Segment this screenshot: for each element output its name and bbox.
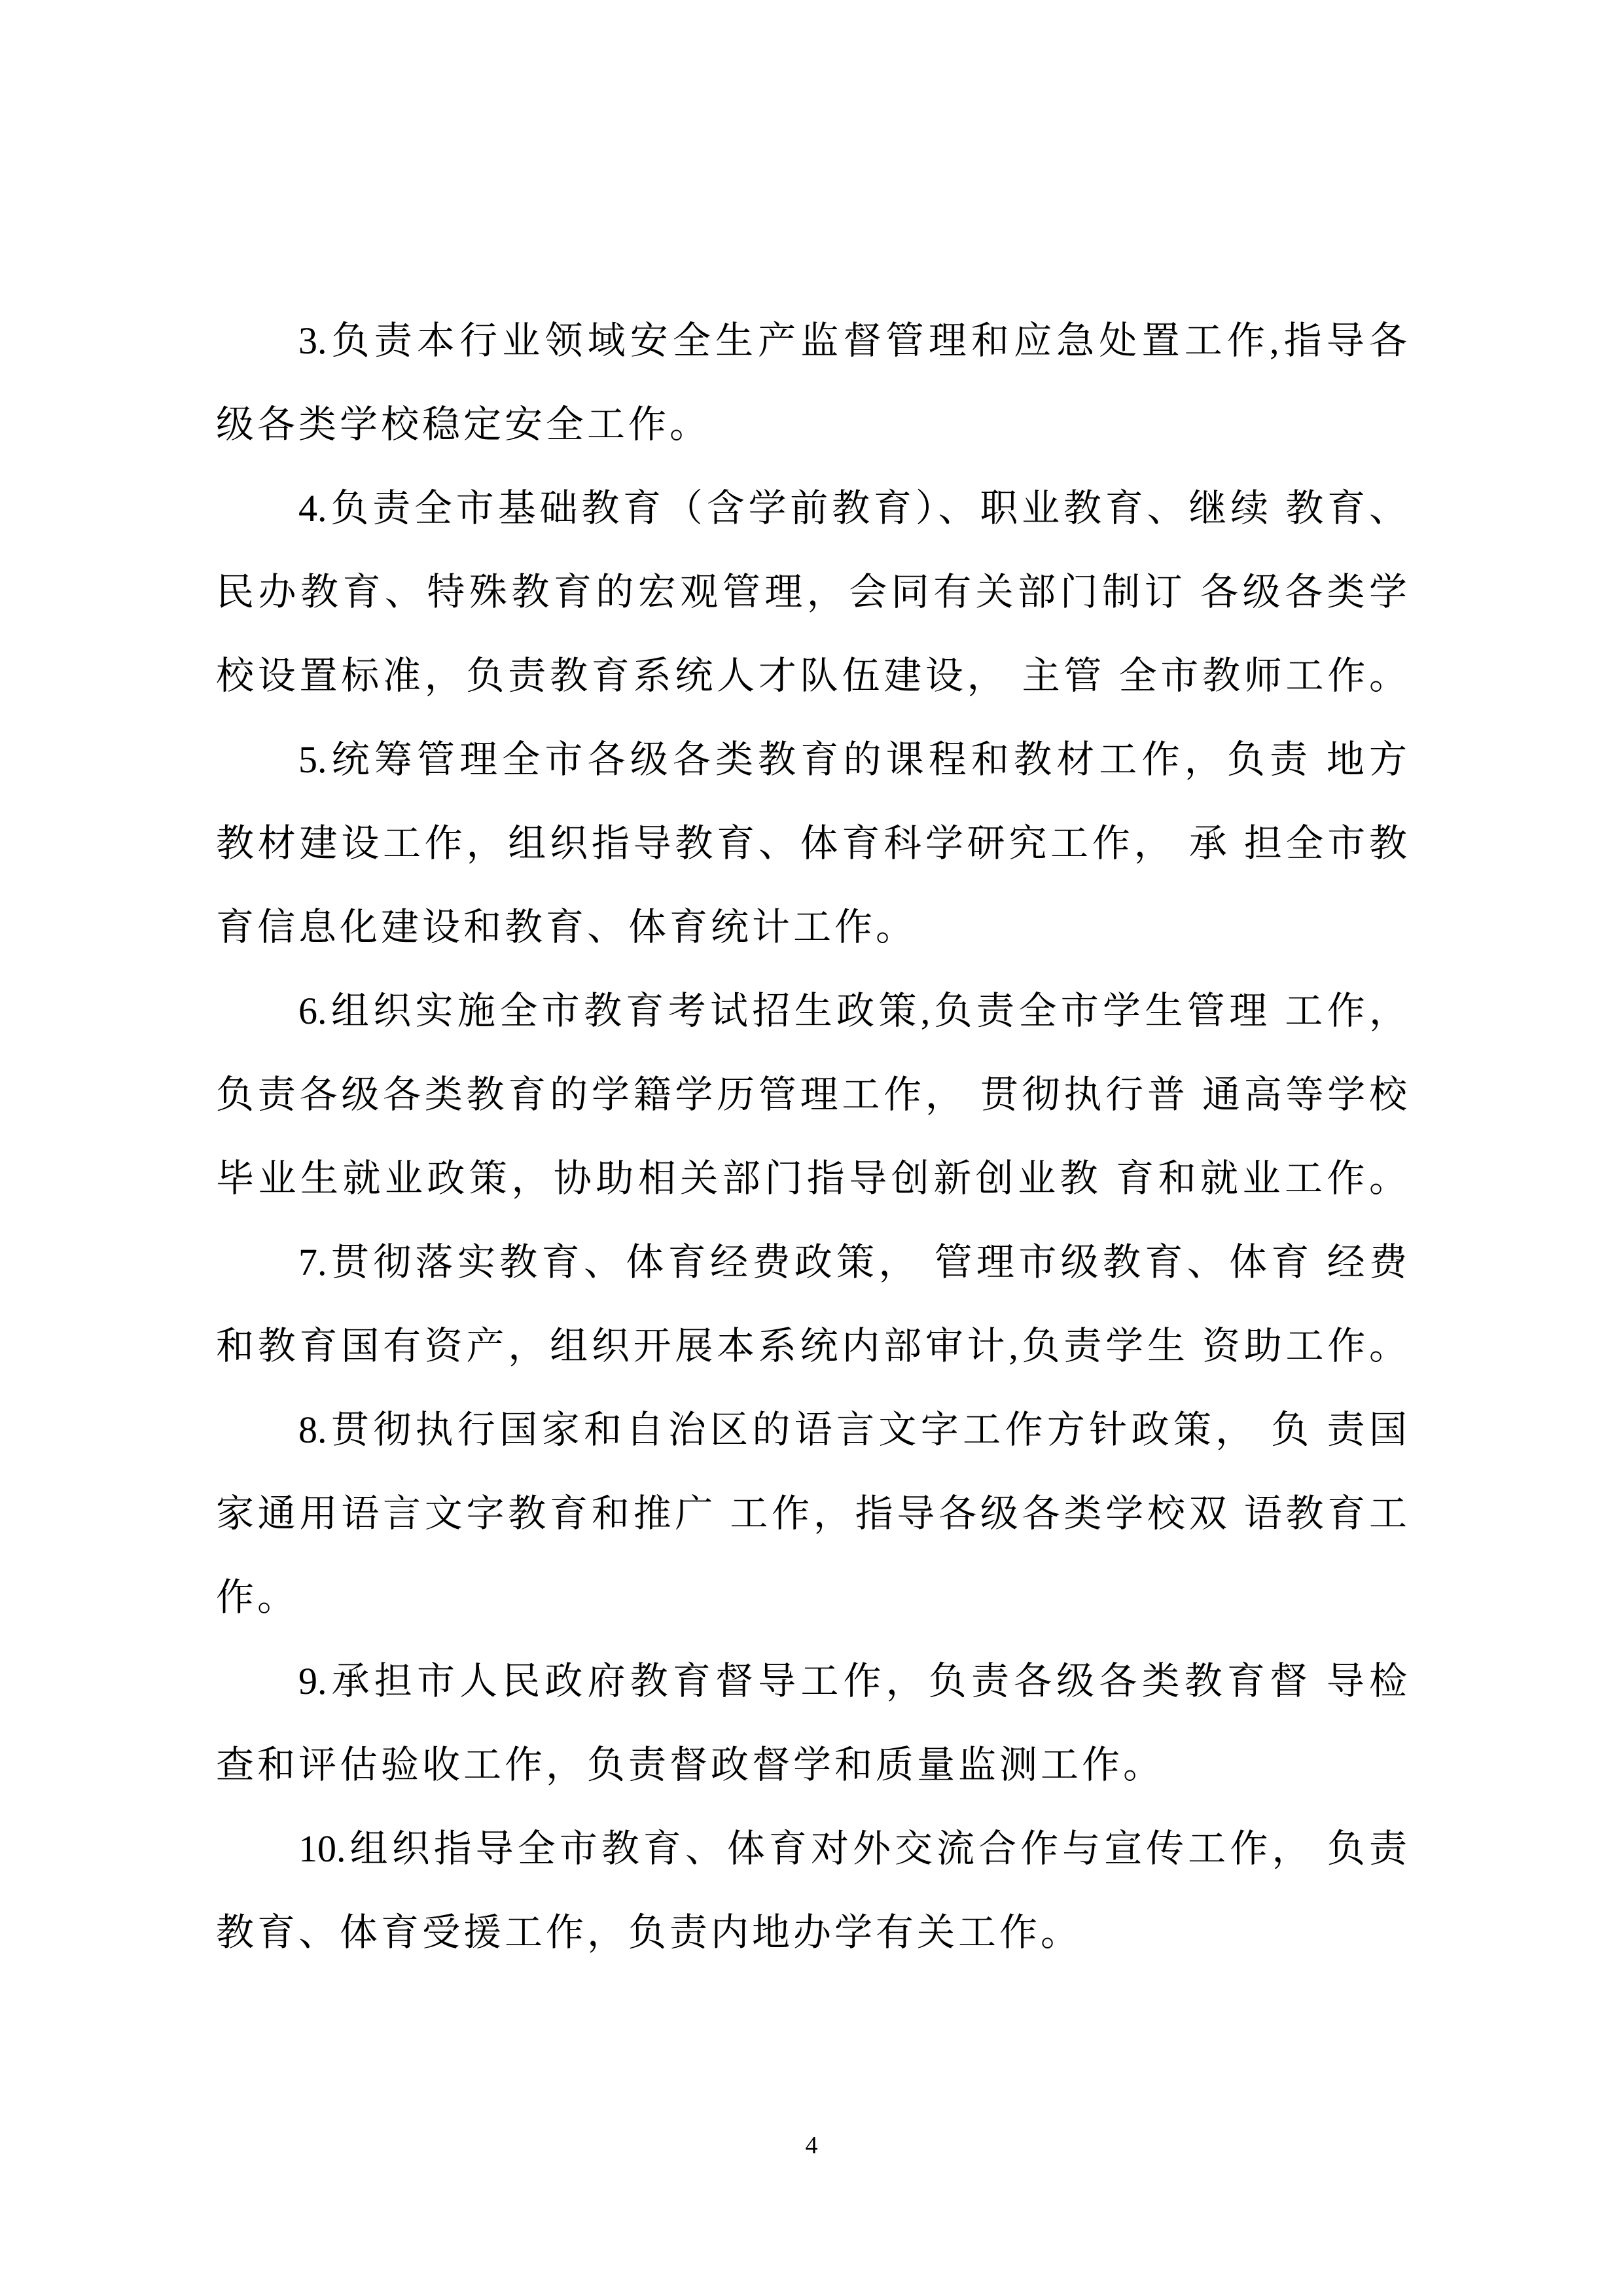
text-line: 毕业生就业政策，协助相关部门指导创新创业教 育和就业工作。 bbox=[216, 1137, 1407, 1221]
text-line: 家通用语言文字教育和推广 工作，指导各级各类学校双 语教育工 bbox=[216, 1472, 1407, 1556]
text-line: 10.组织指导全市教育、体育对外交流合作与宣传工作， 负责 bbox=[216, 1807, 1407, 1891]
text-line: 7.贯彻落实教育、体育经费政策， 管理市级教育、体育 经费 bbox=[216, 1221, 1407, 1304]
text-line: 6.组织实施全市教育考试招生政策,负责全市学生管理 工作， bbox=[216, 969, 1407, 1053]
text-line: 4.负责全市基础教育（含学前教育）、职业教育、继续 教育、 bbox=[216, 467, 1407, 550]
page-number: 4 bbox=[0, 2128, 1623, 2162]
text-line: 育信息化建设和教育、体育统计工作。 bbox=[216, 886, 1407, 969]
text-line: 民办教育、特殊教育的宏观管理，会同有关部门制订 各级各类学 bbox=[216, 550, 1407, 634]
text-line: 5.统筹管理全市各级各类教育的课程和教材工作，负责 地方 bbox=[216, 718, 1407, 802]
text-line: 教材建设工作，组织指导教育、体育科学研究工作， 承 担全市教 bbox=[216, 802, 1407, 886]
text-line: 3.负责本行业领域安全生产监督管理和应急处置工作,指导各 bbox=[216, 299, 1407, 383]
text-line: 和教育国有资产，组织开展本系统内部审计,负责学生 资助工作。 bbox=[216, 1304, 1407, 1388]
text-line: 校设置标准，负责教育系统人才队伍建设， 主管 全市教师工作。 bbox=[216, 634, 1407, 718]
text-line: 级各类学校稳定安全工作。 bbox=[216, 383, 1407, 467]
document-page: 3.负责本行业领域安全生产监督管理和应急处置工作,指导各级各类学校稳定安全工作。… bbox=[0, 0, 1623, 2296]
text-line: 负责各级各类教育的学籍学历管理工作， 贯彻执行普 通高等学校 bbox=[216, 1053, 1407, 1137]
text-line: 作。 bbox=[216, 1556, 1407, 1640]
document-body: 3.负责本行业领域安全生产监督管理和应急处置工作,指导各级各类学校稳定安全工作。… bbox=[216, 299, 1407, 1975]
text-line: 教育、体育受援工作，负责内地办学有关工作。 bbox=[216, 1891, 1407, 1975]
text-line: 8.贯彻执行国家和自治区的语言文字工作方针政策， 负 责国 bbox=[216, 1388, 1407, 1472]
text-line: 查和评估验收工作，负责督政督学和质量监测工作。 bbox=[216, 1723, 1407, 1807]
text-line: 9.承担市人民政府教育督导工作，负责各级各类教育督 导检 bbox=[216, 1640, 1407, 1723]
